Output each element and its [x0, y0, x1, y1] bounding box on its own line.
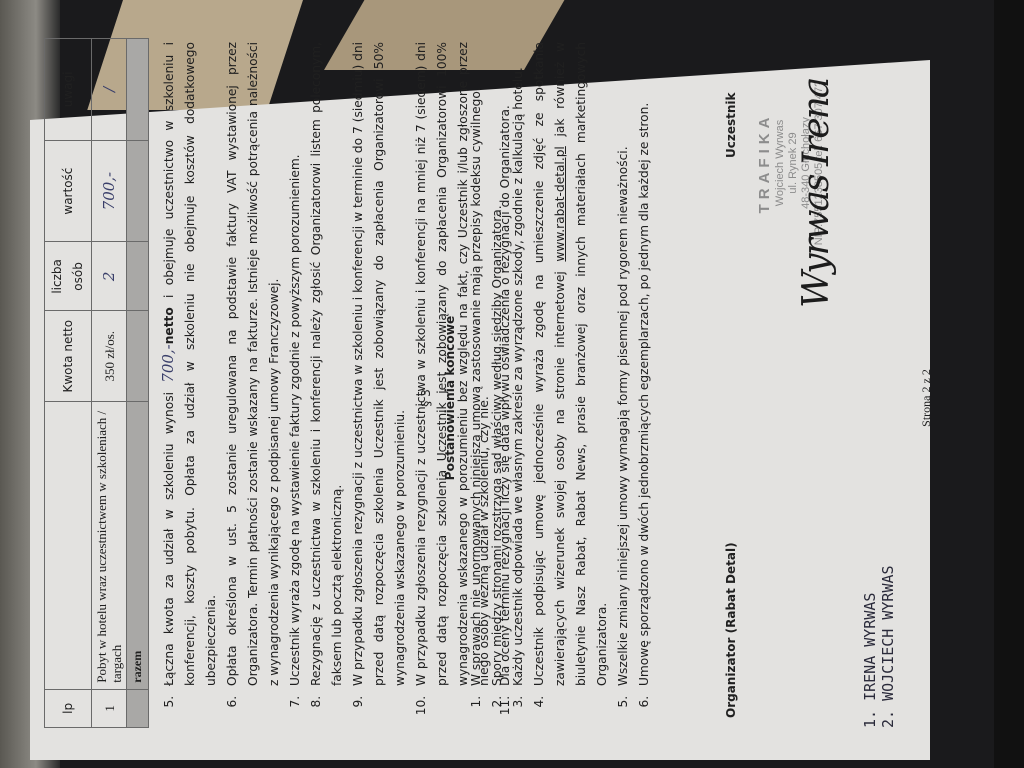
cell-description: Pobyt w hotelu wraz uczestnictwem w szko… — [92, 402, 127, 690]
pricing-table: lp Kwota netto liczba osób wartość uwagi… — [44, 38, 149, 728]
cell-lp: 1 — [92, 689, 127, 727]
handwritten-amount: 700,- — [159, 344, 177, 382]
cell-empty — [127, 242, 149, 311]
header-lp: lp — [45, 689, 92, 727]
table-header-row: lp Kwota netto liczba osób wartość uwagi — [45, 39, 92, 728]
page-footer: Strona 2 z 2 — [916, 48, 937, 748]
list-item: Uczestnik wyraża zgodę na wystawienie fa… — [285, 42, 306, 692]
section-number: § 3 — [416, 48, 437, 748]
list-item: W sprawach nie unormowanych niniejszą um… — [466, 42, 487, 692]
list-item: Wszelkie zmiany niniejszej umowy wymagaj… — [613, 42, 634, 692]
background-right — [994, 0, 1024, 768]
section3-list: W sprawach nie unormowanych niniejszą um… — [466, 42, 655, 728]
cell-empty — [127, 140, 149, 242]
handwritten-name: 1. IRENA WYRWAS — [861, 565, 879, 728]
cell-liczba-osob: 2 — [92, 242, 127, 311]
handwritten-name: 2. WOJCIECH WYRWAS — [879, 565, 897, 728]
list-item: W przypadku zgłoszenia rezygnacji z ucze… — [348, 42, 411, 692]
cell-empty — [127, 689, 149, 727]
handwritten-names: 1. IRENA WYRWAS 2. WOJCIECH WYRWAS — [861, 565, 897, 728]
section2-list: Łączna kwota za udział w szkoleniu wynos… — [158, 42, 516, 728]
cell-empty — [127, 311, 149, 402]
list-item: Umowę sporządzono w dwóch jednobrzmiącyc… — [634, 42, 655, 692]
list-item: Rezygnację z uczestnictwa w szkoleniu i … — [306, 42, 348, 692]
header-kwota-netto: Kwota netto — [45, 311, 92, 402]
cell-total-label: razem — [127, 402, 149, 690]
header-uwagi: uwagi — [45, 39, 92, 141]
stamp-line: Wojciech Wyrwas — [774, 78, 787, 248]
cell-wartosc: 700,- — [92, 140, 127, 242]
document-page: lp Kwota netto liczba osób wartość uwagi… — [36, 48, 896, 748]
header-description — [45, 402, 92, 690]
organizer-signature-label: Organizator (Rabat Detal) — [721, 542, 742, 718]
list-item: Łączna kwota za udział w szkoleniu wynos… — [158, 42, 222, 692]
header-liczba-osob: liczba osób — [45, 242, 92, 311]
list-item: Uczestnik podpisując umowę jednocześnie … — [529, 42, 613, 692]
participant-signature-label: Uczestnik — [721, 93, 742, 159]
cell-kwota-netto: 350 zł/os. — [92, 311, 127, 402]
section-title: Postanowienia końcowe — [440, 48, 461, 748]
item-text: Łączna kwota za udział w szkoleniu wynos… — [162, 383, 176, 686]
list-item: Opłata określona w ust. 5 zostanie uregu… — [222, 42, 285, 692]
header-wartosc: wartość — [45, 140, 92, 242]
stamp-title: TRAFIKA — [756, 78, 774, 248]
cell-empty — [127, 39, 149, 141]
table-row: 1 Pobyt w hotelu wraz uczestnictwem w sz… — [92, 39, 127, 728]
website-link[interactable]: www.rabat-detal.pl — [553, 146, 567, 261]
list-item: Każdy uczestnik odpowiada we własnym zak… — [508, 42, 529, 692]
list-item: Spory między stronami rozstrzyga sąd wła… — [487, 42, 508, 692]
item-bold: netto — [162, 307, 176, 344]
cell-uwagi: / — [92, 39, 127, 141]
handwritten-signature: Wyrwas Irena — [806, 79, 827, 308]
table-total-row: razem — [127, 39, 149, 728]
